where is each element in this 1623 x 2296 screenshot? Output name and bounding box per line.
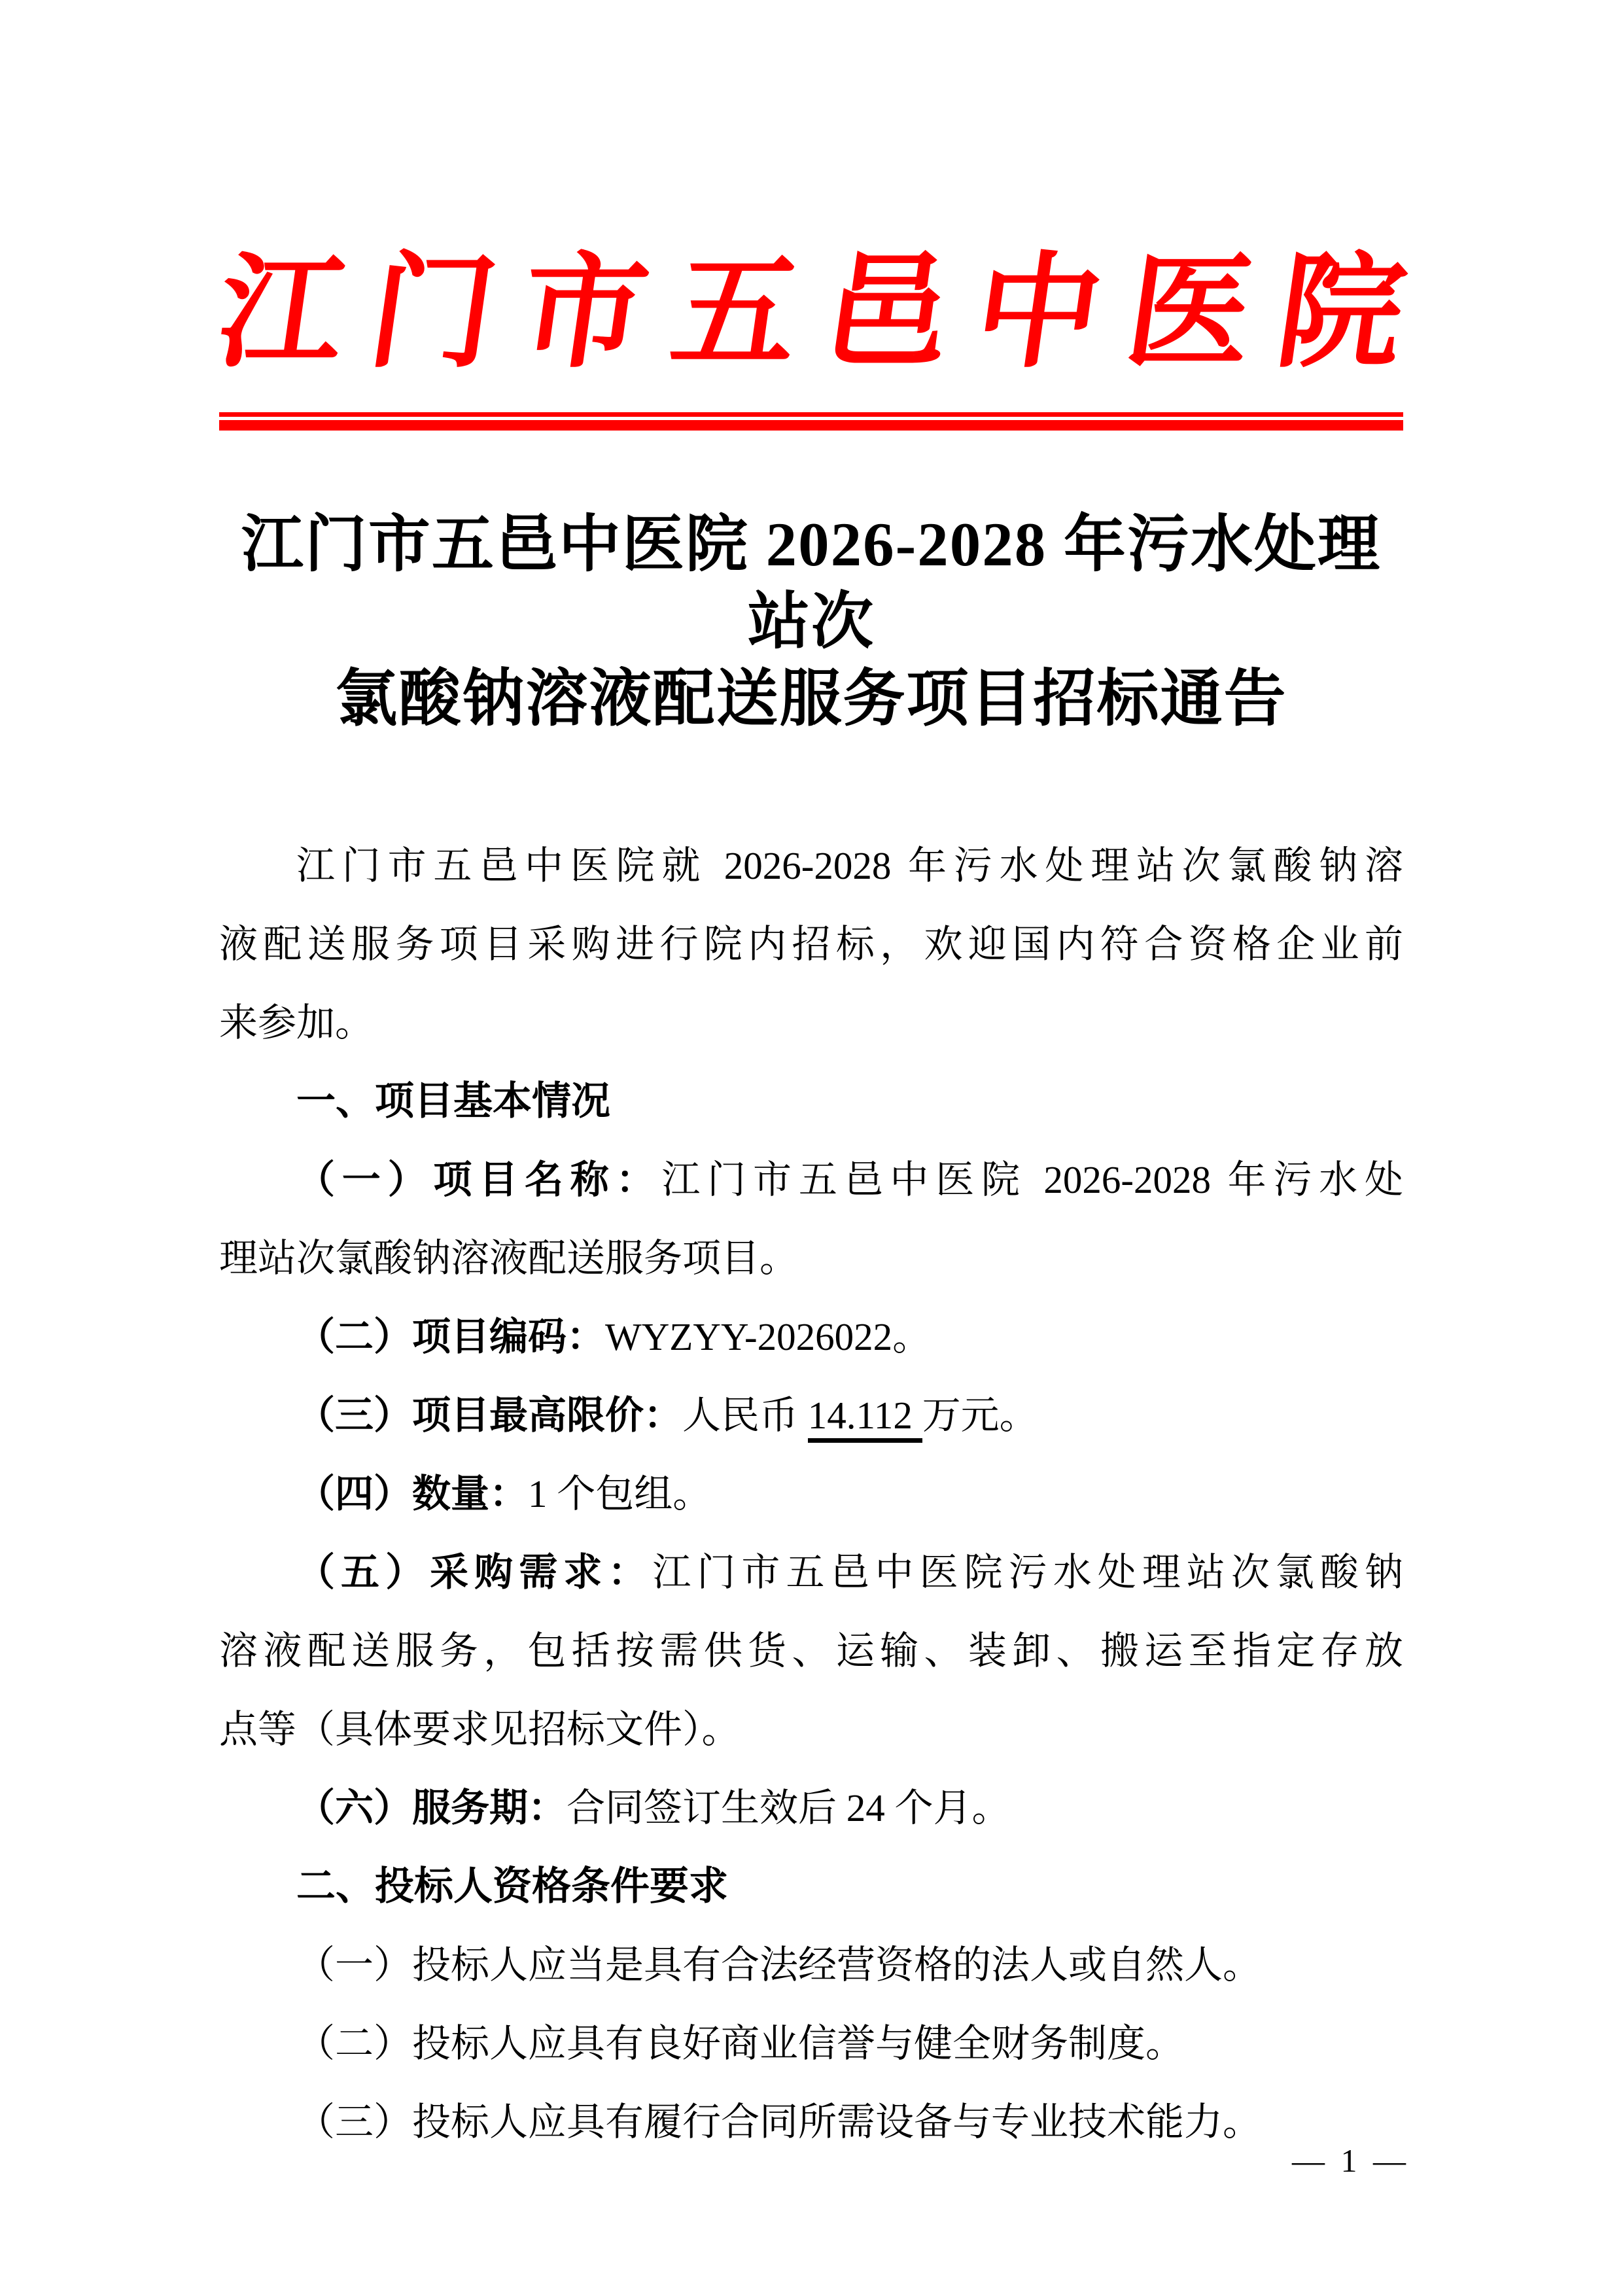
item-text: 江门市五邑中医院污水处理站次氯酸钠 [652, 1551, 1403, 1594]
item-project-name-line1: （一）项目名称：江门市五邑中医院 2026-2028 年污水处 [219, 1140, 1403, 1219]
bidder-requirement-item: （三）投标人应具有履行合同所需设备与专业技术能力。 [219, 2083, 1403, 2161]
item-label: （二）项目编码： [296, 1315, 605, 1358]
document-title-line2: 氯酸钠溶液配送服务项目招标通告 [219, 660, 1403, 737]
item-label: （四）数量： [296, 1472, 528, 1515]
item-service-period: （六）服务期：合同签订生效后 24 个月。 [219, 1769, 1403, 1847]
underlined-price-value: 14.112 [808, 1394, 922, 1443]
item-label: （六）服务期： [296, 1786, 567, 1829]
item-text-suffix: 万元。 [922, 1394, 1038, 1437]
item-procurement-need-line3: 点等（具体要求见招标文件）。 [219, 1690, 1403, 1769]
item-procurement-need-line2: 溶液配送服务，包括按需供货、运输、装卸、搬运至指定存放 [219, 1612, 1403, 1690]
intro-line: 来参加。 [219, 983, 1403, 1062]
bidder-requirement-item: （二）投标人应具有良好商业信誉与健全财务制度。 [219, 2004, 1403, 2083]
item-quantity: （四）数量：1 个包组。 [219, 1455, 1403, 1533]
letterhead-rule-thin [219, 412, 1403, 417]
letterhead-rule [219, 412, 1403, 431]
document-title: 江门市五邑中医院 2026-2028 年污水处理站次 氯酸钠溶液配送服务项目招标… [219, 506, 1403, 737]
hospital-letterhead: 江门市五邑中医院 [210, 249, 1412, 380]
letterhead-rule-thick [219, 420, 1403, 431]
page-number: — 1 — [1292, 2141, 1410, 2180]
document-page: 江门市五邑中医院 江门市五邑中医院 2026-2028 年污水处理站次 氯酸钠溶… [0, 0, 1623, 2296]
item-text: 合同签订生效后 24 个月。 [567, 1786, 1011, 1829]
item-project-name-line2: 理站次氯酸钠溶液配送服务项目。 [219, 1219, 1403, 1298]
item-label: （五）采购需求： [296, 1551, 652, 1594]
item-text: 1 个包组。 [528, 1472, 711, 1515]
item-procurement-need-line1: （五）采购需求：江门市五邑中医院污水处理站次氯酸钠 [219, 1533, 1403, 1612]
item-text-prefix: 人民币 [682, 1394, 808, 1437]
section1-heading: 一、项目基本情况 [219, 1062, 1403, 1140]
section2-heading: 二、投标人资格条件要求 [219, 1847, 1403, 1926]
intro-line: 液配送服务项目采购进行院内招标，欢迎国内符合资格企业前 [219, 905, 1403, 983]
item-label: （三）项目最高限价： [296, 1394, 682, 1437]
intro-line: 江门市五邑中医院就 2026-2028 年污水处理站次氯酸钠溶 [219, 826, 1403, 905]
item-text: 江门市五邑中医院 2026-2028 年污水处 [661, 1158, 1403, 1201]
item-max-price: （三）项目最高限价：人民币 14.112 万元。 [219, 1376, 1403, 1455]
document-title-line1: 江门市五邑中医院 2026-2028 年污水处理站次 [219, 506, 1403, 660]
document-body: 江门市五邑中医院就 2026-2028 年污水处理站次氯酸钠溶 液配送服务项目采… [219, 826, 1403, 2161]
item-label: （一）项目名称： [296, 1158, 661, 1201]
item-text: WYZYY-2026022。 [605, 1315, 931, 1358]
item-project-code: （二）项目编码：WYZYY-2026022。 [219, 1298, 1403, 1376]
bidder-requirement-item: （一）投标人应当是具有合法经营资格的法人或自然人。 [219, 1926, 1403, 2004]
